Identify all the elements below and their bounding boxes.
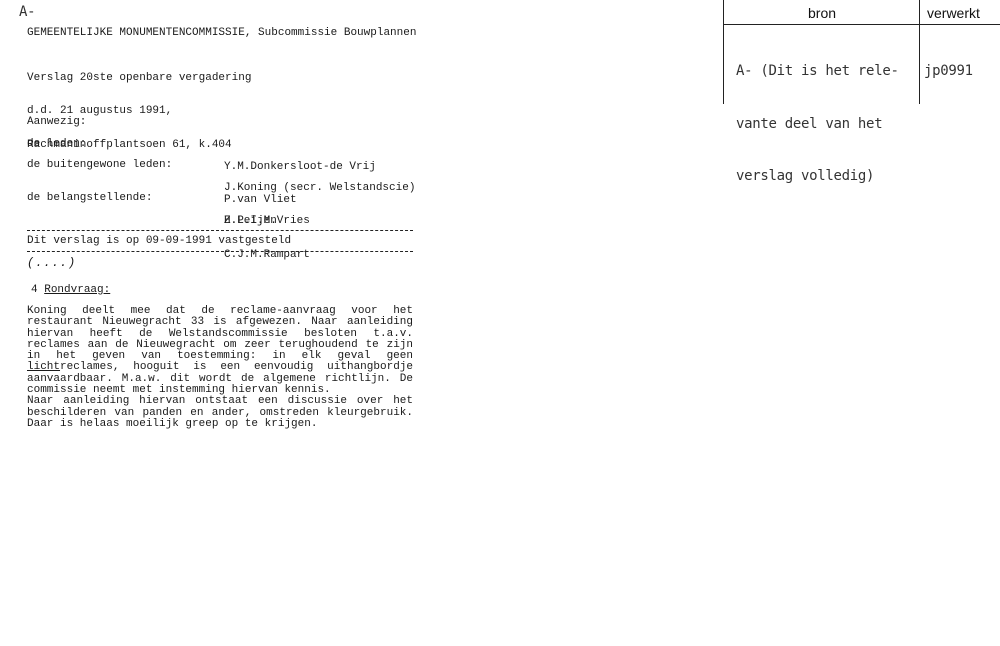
body-paragraph: Naar aanleiding hiervan ontstaat een dis… — [27, 396, 413, 430]
attendance-role: de buitengewone leden: — [27, 160, 224, 171]
signature: (....) — [27, 256, 76, 270]
agenda-item-heading: 4 Rondvraag: — [31, 285, 110, 296]
agenda-item-number: 4 — [31, 284, 38, 296]
bron-line: A- (Dit is het rele- — [736, 63, 899, 81]
dashed-divider — [27, 230, 413, 231]
verwerkt-cell: jp0991 — [924, 63, 973, 79]
attendee-name: H.P.I.M.Vries — [224, 216, 310, 227]
meeting-line: Verslag 20ste openbare vergadering — [27, 73, 251, 84]
bron-line: vante deel van het — [736, 116, 899, 134]
body-text-segment: reclames, hooguit is een eenvoudig uitha… — [27, 361, 413, 396]
body-text: Koning deelt mee dat de reclame-aanvraag… — [27, 306, 413, 430]
agenda-item-title: Rondvraag: — [44, 284, 110, 296]
document-marker: A- — [19, 4, 35, 20]
underlined-word: licht — [27, 361, 60, 373]
attendance-role: de leden: — [27, 139, 224, 150]
bron-line: verslag volledig) — [736, 168, 899, 186]
attendance-role: de belangstellende: — [27, 193, 224, 204]
attendance-label: Aanwezig: — [27, 117, 86, 128]
bron-cell: A- (Dit is het rele- vante deel van het … — [736, 28, 899, 203]
attendee-name: C.J.M.Rampart — [224, 250, 415, 261]
document-title: GEMEENTELIJKE MONUMENTENCOMMISSIE, Subco… — [27, 28, 416, 39]
table-header-bron: bron — [808, 5, 836, 21]
table-header-verwerkt: verwerkt — [927, 5, 980, 21]
table-border — [723, 0, 724, 104]
approval-text: Dit verslag is op 09-09-1991 vastgesteld — [27, 236, 291, 247]
body-text-segment: Koning deelt mee dat de reclame-aanvraag… — [27, 305, 413, 362]
table-header-line — [723, 24, 1000, 25]
table-divider — [919, 0, 920, 104]
dashed-divider — [27, 251, 413, 252]
body-paragraph: Koning deelt mee dat de reclame-aanvraag… — [27, 306, 413, 396]
